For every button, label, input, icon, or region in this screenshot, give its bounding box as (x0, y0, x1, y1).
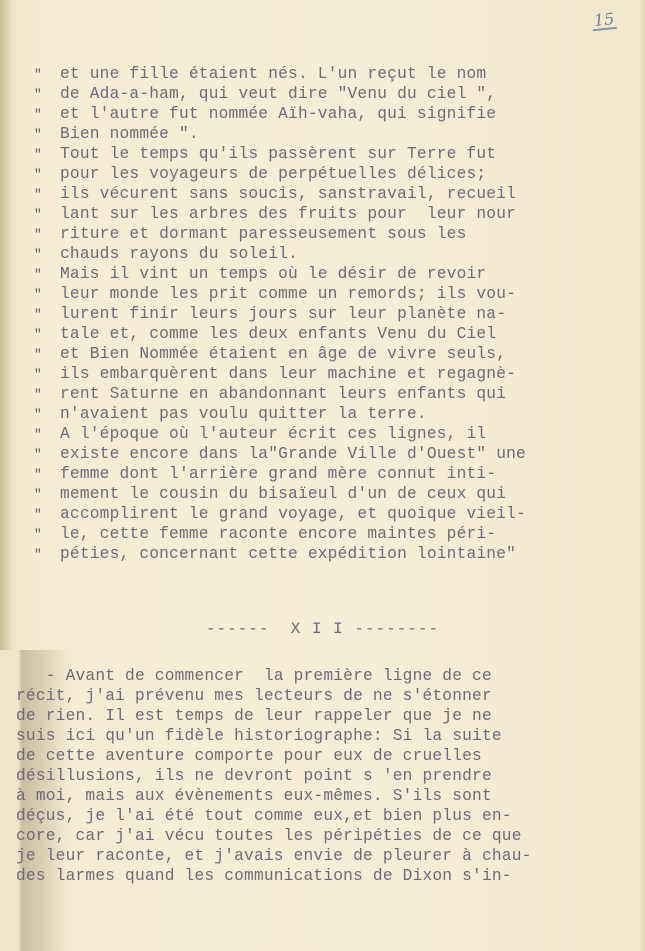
line-text: mement le cousin du bisaïeul d'un de ceu… (60, 485, 506, 503)
text-line: de rien. Il est temps de leur rappeler q… (16, 706, 532, 726)
quote-mark: " (34, 325, 60, 345)
line-text: lurent finir leurs jours sur leur planèt… (60, 305, 506, 323)
text-line: "mement le cousin du bisaïeul d'un de ce… (34, 484, 526, 504)
quote-mark: " (34, 125, 60, 145)
text-line: "ils embarquèrent dans leur machine et r… (34, 364, 526, 384)
text-line: "femme dont l'arrière grand mère connut … (34, 464, 526, 484)
text-line: "Mais il vint un temps où le désir de re… (34, 264, 526, 284)
line-text: accomplirent le grand voyage, et quoique… (60, 505, 526, 523)
quote-mark: " (34, 285, 60, 305)
line-text: A l'époque où l'auteur écrit ces lignes,… (60, 425, 486, 443)
quote-mark: " (34, 145, 60, 165)
line-text: pour les voyageurs de perpétuelles délic… (60, 165, 486, 183)
text-line: "leur monde les prit comme un remords; i… (34, 284, 526, 304)
line-text: ils embarquèrent dans leur machine et re… (60, 365, 516, 383)
line-text: leur monde les prit comme un remords; il… (60, 285, 516, 303)
line-text: et l'autre fut nommée Aïh-vaha, qui sign… (60, 105, 496, 123)
quoted-passage: "et une fille étaient nés. L'un reçut le… (34, 64, 526, 564)
quote-mark: " (34, 425, 60, 445)
line-text: chauds rayons du soleil. (60, 245, 298, 263)
quote-mark: " (34, 165, 60, 185)
quote-mark: " (34, 205, 60, 225)
line-text: Mais il vint un temps où le désir de rev… (60, 265, 486, 283)
line-text: n'avaient pas voulu quitter la terre. (60, 405, 427, 423)
text-line: "accomplirent le grand voyage, et quoiqu… (34, 504, 526, 524)
quote-mark: " (34, 65, 60, 85)
text-line: "et l'autre fut nommée Aïh-vaha, qui sig… (34, 104, 526, 124)
quote-mark: " (34, 245, 60, 265)
text-line: de cette aventure comporte pour eux de c… (16, 746, 532, 766)
line-text: rent Saturne en abandonnant leurs enfant… (60, 385, 506, 403)
text-line: "existe encore dans la"Grande Ville d'Ou… (34, 444, 526, 464)
text-line: "et une fille étaient nés. L'un reçut le… (34, 64, 526, 84)
quote-mark: " (34, 185, 60, 205)
text-line: "A l'époque où l'auteur écrit ces lignes… (34, 424, 526, 444)
line-text: riture et dormant paresseusement sous le… (60, 225, 466, 243)
text-line: "le, cette femme raconte encore maintes … (34, 524, 526, 544)
quote-mark: " (34, 385, 60, 405)
line-text: et une fille étaient nés. L'un reçut le … (60, 65, 486, 83)
text-line: "n'avaient pas voulu quitter la terre. (34, 404, 526, 424)
quote-mark: " (34, 225, 60, 245)
text-line: "péties, concernant cette expédition loi… (34, 544, 526, 564)
text-line: "chauds rayons du soleil. (34, 244, 526, 264)
text-line: désillusions, ils ne devront point s 'en… (16, 766, 532, 786)
text-line: des larmes quand les communications de D… (16, 866, 532, 886)
page-edge (639, 0, 645, 951)
quote-mark: " (34, 445, 60, 465)
text-line: "ils vécurent sans soucis, sanstravail, … (34, 184, 526, 204)
line-text: femme dont l'arrière grand mère connut i… (60, 465, 496, 483)
text-line: "tale et, comme les deux enfants Venu du… (34, 324, 526, 344)
text-line: "et Bien Nommée étaient en âge de vivre … (34, 344, 526, 364)
line-text: lant sur les arbres des fruits pour leur… (60, 205, 516, 223)
quote-mark: " (34, 525, 60, 545)
line-text: et Bien Nommée étaient en âge de vivre s… (60, 345, 506, 363)
text-line: "pour les voyageurs de perpétuelles déli… (34, 164, 526, 184)
text-line: "Bien nommée ". (34, 124, 526, 144)
chapter-heading: ------ X I I -------- (0, 620, 645, 638)
quote-mark: " (34, 105, 60, 125)
text-line: suis ici qu'un fidèle historiographe: Si… (16, 726, 532, 746)
chapter-text: - Avant de commencer la première ligne d… (16, 666, 532, 886)
text-line: déçus, je l'ai été tout comme eux,et bie… (16, 806, 532, 826)
text-line: - Avant de commencer la première ligne d… (16, 666, 532, 686)
line-text: tale et, comme les deux enfants Venu du … (60, 325, 496, 343)
line-text: Tout le temps qu'ils passèrent sur Terre… (60, 145, 496, 163)
line-text: de Ada-a-ham, qui veut dire "Venu du cie… (60, 85, 496, 103)
quote-mark: " (34, 265, 60, 285)
text-line: à moi, mais aux évènements eux-mêmes. S'… (16, 786, 532, 806)
text-line: "Tout le temps qu'ils passèrent sur Terr… (34, 144, 526, 164)
text-line: je leur raconte, et j'avais envie de ple… (16, 846, 532, 866)
quote-mark: " (34, 345, 60, 365)
text-line: "lant sur les arbres des fruits pour leu… (34, 204, 526, 224)
quote-mark: " (34, 405, 60, 425)
quote-mark: " (34, 485, 60, 505)
typewritten-page: 15 "et une fille étaient nés. L'un reçut… (0, 0, 645, 951)
text-line: "riture et dormant paresseusement sous l… (34, 224, 526, 244)
quote-mark: " (34, 545, 60, 565)
page-number: 15 (591, 11, 617, 31)
line-text: péties, concernant cette expédition loin… (60, 545, 516, 563)
quote-mark: " (34, 465, 60, 485)
line-text: ils vécurent sans soucis, sanstravail, r… (60, 185, 516, 203)
quote-mark: " (34, 85, 60, 105)
text-line: "lurent finir leurs jours sur leur planè… (34, 304, 526, 324)
quote-mark: " (34, 365, 60, 385)
text-line: récit, j'ai prévenu mes lecteurs de ne s… (16, 686, 532, 706)
line-text: existe encore dans la"Grande Ville d'Oue… (60, 445, 526, 463)
text-line: core, car j'ai vécu toutes les péripétie… (16, 826, 532, 846)
line-text: Bien nommée ". (60, 125, 199, 143)
text-line: "de Ada-a-ham, qui veut dire "Venu du ci… (34, 84, 526, 104)
line-text: le, cette femme raconte encore maintes p… (60, 525, 496, 543)
quote-mark: " (34, 505, 60, 525)
quote-mark: " (34, 305, 60, 325)
text-line: "rent Saturne en abandonnant leurs enfan… (34, 384, 526, 404)
